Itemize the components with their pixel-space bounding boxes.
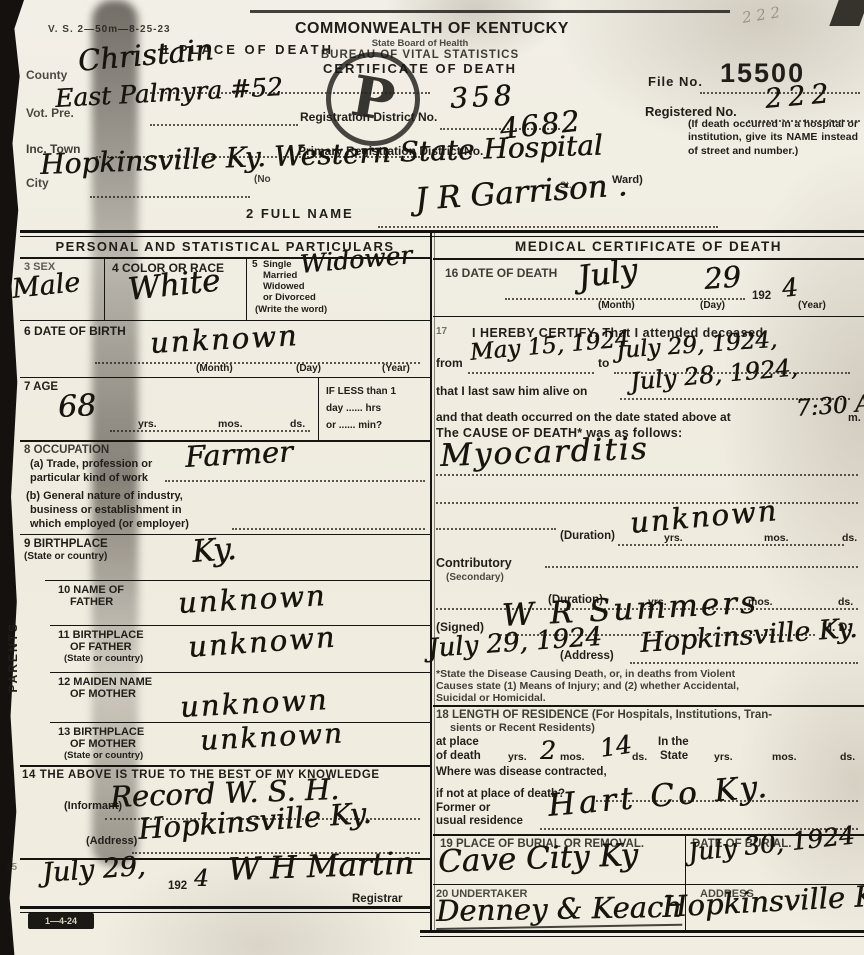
hospital-instruction-note: (If death occurred in a hospital or inst… [688, 118, 858, 158]
mother-name-label1: 12 MAIDEN NAME [58, 676, 152, 688]
state-label: State [660, 750, 688, 762]
dod-year-hint: (Year) [798, 300, 826, 311]
age-line [110, 430, 310, 432]
county-label: County [26, 68, 67, 82]
sex-value: Male [10, 267, 81, 305]
where-contracted-label: Where was disease contracted, [436, 766, 607, 778]
father-name-value: unknown [177, 578, 327, 620]
filed-year-printed: 192 [168, 880, 187, 892]
bureau-subtitle: BUREAU OF VITAL STATISTICS [295, 49, 545, 61]
age-value: 68 [57, 388, 97, 425]
if-less-line2: day ...... hrs [326, 403, 381, 414]
undertaker-value: Denney & Keach [436, 890, 682, 930]
occupation-label: 8 OCCUPATION [24, 444, 109, 456]
from-line [468, 372, 594, 374]
last-saw-label: that I last saw him alive on [436, 384, 587, 398]
dod-day-hint: (Day) [700, 300, 725, 311]
res-ds-label: ds. [632, 751, 647, 763]
marital-opt-divorced: or Divorced [263, 292, 316, 303]
rule [433, 316, 864, 317]
full-name-label: 2 FULL NAME [246, 206, 354, 221]
dod-label: 16 DATE OF DEATH [445, 266, 557, 280]
father-name-label1: 10 NAME OF [58, 584, 124, 596]
cause-value: Myocarditis [439, 431, 649, 474]
full-name-line [378, 226, 718, 228]
city-value: Hopkinsville Ky. [39, 140, 266, 181]
duration-line [618, 544, 844, 546]
header-divider [20, 230, 864, 237]
physician-address-line [630, 662, 858, 664]
mother-bp-label1: 13 BIRTHPLACE [58, 726, 144, 738]
dod-day-value: 29 [703, 259, 742, 295]
contributory-label: Contributory [436, 556, 512, 570]
column-divider [430, 233, 432, 933]
state-yrs-label: yrs. [714, 751, 733, 763]
dob-line [95, 362, 420, 364]
marital-opt-married: Married [263, 270, 297, 281]
age-mos-label: mos. [218, 418, 243, 430]
cause-line1 [436, 474, 858, 476]
corner-mark [829, 0, 864, 26]
from-label: from [436, 356, 463, 370]
father-name-label2: FATHER [70, 596, 113, 608]
mother-bp-label2: OF MOTHER [70, 738, 136, 750]
title-block: COMMONWEALTH OF KENTUCKY State Board of … [295, 20, 545, 76]
m-label: m. [848, 412, 861, 424]
res-mos-label: mos. [560, 751, 585, 763]
birthplace-value: Ky. [191, 531, 238, 570]
burial-place-value: Cave City Ky [437, 837, 638, 880]
duration-label: (Duration) [560, 530, 615, 542]
birthplace-label: 9 BIRTHPLACE [24, 538, 108, 550]
in-the-label: In the [658, 736, 689, 748]
duration-ds-label: ds. [842, 532, 857, 544]
occupation-line [165, 480, 425, 482]
registration-district-label: Registration District No. [300, 110, 437, 124]
registrar-signature: W H Martin [227, 846, 414, 888]
father-bp-value: unknown [187, 620, 338, 664]
left-bottom-rule [20, 906, 430, 913]
occupation-b1: (b) General nature of industry, [26, 490, 183, 502]
full-name-value: J R Garrison . [414, 167, 629, 218]
cause-line3 [436, 528, 556, 530]
age-yrs-label: yrs. [138, 418, 157, 430]
filed-year-digit: 4 [194, 866, 209, 892]
rule [50, 672, 430, 673]
occupation-value: Farmer [184, 434, 293, 474]
registered-no-value: 222 [764, 78, 836, 115]
duration-yrs-label: yrs. [664, 532, 683, 544]
footnote-line1: *State the Disease Causing Death, or, in… [436, 668, 735, 680]
cell-border [104, 257, 105, 320]
occupation-b-line [232, 528, 425, 530]
father-bp-label3: (State or country) [64, 653, 143, 664]
dod-year-printed: 192 [752, 290, 771, 302]
dod-year-digit: 4 [780, 272, 799, 303]
marital-opt-single: Single [263, 259, 292, 270]
city-line [90, 196, 250, 198]
former-label1: Former or [436, 802, 490, 814]
residence-label2: sients or Recent Residents) [450, 722, 595, 734]
parents-vertical-label: PARENTS [6, 622, 20, 692]
dod-month-hint: (Month) [598, 300, 635, 311]
res-mos-value: 2 [540, 736, 556, 765]
filed-no: 15 [6, 862, 17, 873]
medical-section-title: MEDICAL CERTIFICATE OF DEATH [433, 239, 864, 254]
rule [433, 258, 864, 260]
commonwealth-title: COMMONWEALTH OF KENTUCKY [295, 20, 545, 38]
occupation-b3: which employed (or employer) [30, 518, 189, 530]
mother-bp-label3: (State or country) [64, 750, 143, 761]
to-label: to [598, 356, 609, 370]
secondary-label: (Secondary) [446, 572, 504, 583]
column-divider-2 [434, 233, 435, 933]
rule [433, 705, 864, 707]
at-place-label: at place [436, 736, 479, 748]
footnote-line3: Suicidal or Homicidal. [436, 692, 546, 704]
physician-address-label: (Address) [560, 650, 614, 662]
precinct-value: East Palmyra #52 [54, 72, 283, 113]
rule [20, 377, 430, 378]
if-less-line3: or ...... min? [326, 420, 382, 431]
stamp-letter: P [347, 63, 400, 135]
pencil-note: 2 2 2 [741, 3, 782, 27]
dob-year-hint: (Year) [382, 363, 410, 374]
residence-label1: 18 LENGTH OF RESIDENCE (For Hospitals, I… [436, 709, 772, 721]
certificate-scan: 2 2 2 V. S. 2—50m—8-25-23 1 PLACE OF DEA… [0, 0, 864, 955]
duration-value: unknown [629, 493, 780, 540]
informant-address-label: (Address) [86, 835, 137, 847]
if-less-line1: IF LESS than 1 [326, 386, 396, 397]
institution-value: Western State Hospital [273, 129, 603, 173]
top-border-line [250, 10, 730, 13]
plate-code-chip: 1—4-24 [28, 913, 94, 929]
of-death-label: of death [436, 750, 481, 762]
dod-month-value: July [575, 252, 639, 296]
mother-bp-value: unknown [199, 716, 344, 756]
dob-value: unknown [149, 318, 299, 360]
marital-hint: (Write the word) [255, 304, 327, 315]
precinct-line [150, 124, 298, 126]
father-bp-label1: 11 BIRTHPLACE [58, 629, 144, 641]
marital-no: 5 [252, 259, 258, 270]
age-ds-label: ds. [290, 418, 305, 430]
birthplace-hint: (State or country) [24, 551, 107, 562]
rule [20, 765, 430, 767]
marital-opt-widowed: Widowed [263, 281, 305, 292]
cell-border [246, 257, 247, 320]
registrar-label: Registrar [352, 893, 403, 905]
right-bottom-rule [420, 930, 864, 937]
certify-no: 17 [436, 326, 447, 337]
no-label: (No [254, 174, 271, 185]
duration2-ds-label: ds. [838, 596, 853, 608]
occupation-a1: (a) Trade, profession or [30, 458, 152, 470]
state-mos-label: mos. [772, 751, 797, 763]
board-subtitle: State Board of Health [295, 38, 545, 49]
occupation-a2: particular kind of work [30, 472, 148, 484]
dob-day-hint: (Day) [296, 363, 321, 374]
occupation-b2: business or establishment in [30, 504, 182, 516]
occurred-label: and that death occurred on the date stat… [436, 410, 731, 424]
cell-border [318, 377, 319, 440]
dob-month-hint: (Month) [196, 363, 233, 374]
rule [45, 580, 430, 581]
registered-no-label: Registered No. [645, 104, 737, 119]
filed-date-value: July 29, [41, 851, 147, 889]
mother-name-label2: OF MOTHER [70, 688, 136, 700]
duration-mos-label: mos. [764, 532, 789, 544]
rule [20, 320, 430, 321]
form-code: V. S. 2—50m—8-25-23 [48, 24, 171, 35]
father-bp-label2: OF FATHER [70, 641, 132, 653]
state-ds-label: ds. [840, 751, 855, 763]
age-label: 7 AGE [24, 381, 58, 393]
footnote-line2: Causes state (1) Means of Injury; and (2… [436, 680, 739, 692]
registration-district-value: 358 [449, 79, 516, 115]
contributory-line [545, 566, 858, 568]
former-label2: usual residence [436, 815, 523, 827]
res-ds-value: 14 [598, 730, 634, 763]
file-no-label: File No. [648, 74, 703, 89]
dob-label: 6 DATE OF BIRTH [24, 324, 126, 338]
torn-binding-edge [0, 0, 24, 955]
res-yrs-label: yrs. [508, 751, 527, 763]
